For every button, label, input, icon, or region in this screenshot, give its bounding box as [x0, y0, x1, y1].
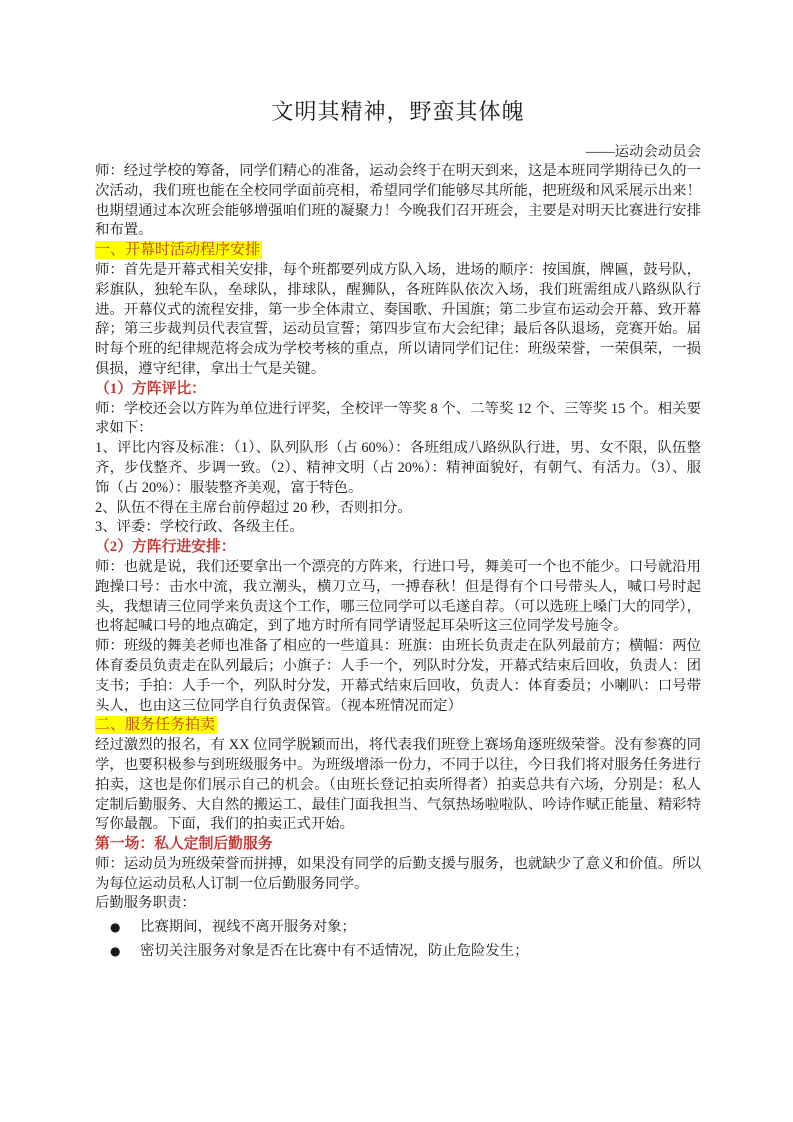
document-byline: ——运动会动员会: [95, 142, 701, 162]
duty-item-text: 密切关注服务对象是否在比赛中有不适情况，防止危险发生；: [140, 942, 701, 962]
document-page: 文明其精神，野蛮其体魄 ——运动会动员会 师：经过学校的筹备，同学们精心的准备，…: [0, 0, 793, 1122]
sub2-paragraph-1: 师：也就是说，我们还要拿出一个漂亮的方阵来，行进口号，舞美可一个也不能少。口号就…: [95, 558, 701, 637]
bullet-icon: ●: [110, 918, 140, 938]
bullet-icon: ●: [110, 942, 140, 962]
sub1-intro-paragraph: 师：学校还会以方阵为单位进行评奖，全校评一等奖 8 个、二等奖 12 个、三等奖…: [95, 400, 701, 440]
duty-list-item-2: ● 密切关注服务对象是否在比赛中有不适情况，防止危险发生；: [95, 942, 701, 962]
document-title: 文明其精神，野蛮其体魄: [95, 97, 701, 127]
intro-paragraph: 师：经过学校的筹备，同学们精心的准备，运动会终于在明天到来，这是本班同学期待已久…: [95, 162, 701, 241]
section2-heading-highlight: 二、服务任务拍卖: [95, 716, 217, 734]
section1-body-paragraph: 师：首先是开幕式相关安排，每个班都要列成方队入场，进场的顺序：按国旗，牌匾，鼓号…: [95, 261, 701, 380]
section2-intro-paragraph: 经过激烈的报名，有 XX 位同学脱颖而出，将代表我们班登上赛场角逐班级荣誉。没有…: [95, 736, 701, 835]
sub2-paragraph-2: 师：班级的舞美老师也准备了相应的一些道具：班旗：由班长负责走在队列最前方；横幅：…: [95, 637, 701, 716]
round1-body-paragraph: 师：运动员为班级荣誉而拼搏，如果没有同学的后勤支援与服务，也就缺少了意义和价值。…: [95, 855, 701, 895]
sub1-heading: （1）方阵评比：: [95, 380, 701, 400]
sub1-item-3: 3、评委：学校行政、各级主任。: [95, 518, 701, 538]
sub1-item-2: 2、队伍不得在主席台前停超过 20 秒，否则扣分。: [95, 499, 701, 519]
duties-label: 后勤服务职责：: [95, 894, 701, 914]
sub2-heading: （2）方阵行进安排：: [95, 538, 701, 558]
section1-heading-line: 一、开幕时活动程序安排: [95, 241, 701, 261]
sub1-item-1: 1、评比内容及标准：（1）、队列队形（占 60%）：各班组成八路纵队行进，男、女…: [95, 439, 701, 498]
section2-heading-line: 二、服务任务拍卖: [95, 716, 701, 736]
duty-list-item-1: ● 比赛期间，视线不离开服务对象；: [95, 918, 701, 938]
duty-item-text: 比赛期间，视线不离开服务对象；: [140, 918, 701, 938]
section1-heading-highlight: 一、开幕时活动程序安排: [95, 241, 262, 259]
round1-heading: 第一场：私人定制后勤服务: [95, 835, 701, 855]
